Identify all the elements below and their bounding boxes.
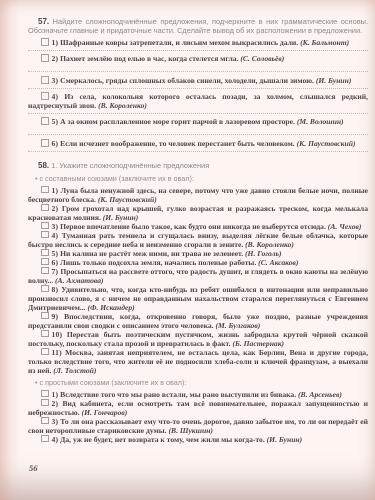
subsection-simple-conjunctions-label: • с простыми союзами (заключите их в ова… <box>35 378 368 387</box>
exercise-item: 3) Смеркалось, гряды сплошных облаков си… <box>28 76 368 85</box>
item-text: Первое впечатление было такое, как будто… <box>60 222 326 231</box>
checkbox[interactable] <box>41 267 49 275</box>
bullet-icon: • <box>35 378 38 387</box>
item-number: 1) <box>52 186 59 195</box>
subsection-compound-conjunctions-label: • с составными союзами (заключите их в о… <box>35 174 368 183</box>
item-author: (В. Короленко) <box>98 101 147 110</box>
exercise-item: 2) Гром грохотал над крышей, гулко возра… <box>28 204 368 222</box>
checkbox[interactable] <box>41 204 49 212</box>
item-author: (Н. Гоголь) <box>245 249 282 258</box>
item-author: (С. Аксаков) <box>258 258 298 267</box>
exercise-item: 8) Удивительно, что, когда кто-нибудь из… <box>28 285 368 312</box>
answer-line[interactable] <box>28 85 368 89</box>
checkbox[interactable] <box>41 117 49 125</box>
item-text: Вид кабинета, если осмотреть там всё пов… <box>28 399 368 417</box>
subsection-label-text: с простыми союзами (заключите их в овал)… <box>40 378 187 387</box>
item-author: (Л. Толстой) <box>53 366 96 375</box>
exercise-item: 2) Вид кабинета, если осмотреть там всё … <box>28 399 368 417</box>
item-text: Смеркалось, гряды сплошных облаков синел… <box>60 76 314 85</box>
item-author: (М. Булгаков) <box>215 321 260 330</box>
checkbox[interactable] <box>41 92 49 100</box>
page-content: 57. Найдите сложноподчинённые предложени… <box>0 0 375 500</box>
checkbox[interactable] <box>41 285 49 293</box>
item-text: Лишь только подсохла земля, начались пол… <box>60 258 256 267</box>
item-author: (К. Паустовский) <box>98 195 157 204</box>
answer-line[interactable] <box>28 126 368 135</box>
page-number: 56 <box>29 463 38 473</box>
item-author: (А. Чехов) <box>328 222 362 231</box>
item-number: 6) <box>52 139 59 148</box>
exercise-item: 5) А за окном расплавленное море горит п… <box>28 117 368 126</box>
item-author: (А. Ахматова) <box>55 276 104 285</box>
item-number: 3) <box>52 222 59 231</box>
item-number: 5) <box>52 249 59 258</box>
item-number: 3) <box>52 76 59 85</box>
item-author: (М. Волошин) <box>297 117 344 126</box>
item-text: Перестав быть поэтическим пустячком, жиз… <box>28 330 368 348</box>
exercise-item: 10) Перестав быть поэтическим пустячком,… <box>28 330 368 348</box>
item-text: Туманная рать темнела и сгущалась внизу,… <box>28 231 368 249</box>
subsection-label-text: с составными союзами (заключите их в ова… <box>40 174 194 183</box>
checkbox[interactable] <box>41 417 49 425</box>
item-number: 9) <box>52 312 59 321</box>
exercise-58-instruction: 1. Укажите сложноподчинённые предложения <box>51 161 209 170</box>
exercise-item: 4) Да, уж не будет, нет возврата к тому,… <box>28 435 368 444</box>
item-number: 2) <box>52 399 59 408</box>
checkbox[interactable] <box>41 249 49 257</box>
item-author: (И. Бунин) <box>316 76 352 85</box>
exercise-57-instruction: Найдите сложноподчинённые предложения, п… <box>28 17 368 35</box>
checkbox[interactable] <box>41 312 49 320</box>
exercise-item: 4) Из села, колокольня которого осталась… <box>28 92 368 110</box>
checkbox[interactable] <box>41 139 49 147</box>
exercise-item: 3) Первое впечатление было такое, как бу… <box>28 222 368 231</box>
item-text: Из села, колокольня которого осталась по… <box>28 92 368 110</box>
exercise-58-number: 58. <box>38 161 49 170</box>
workbook-page: 57. Найдите сложноподчинённые предложени… <box>0 0 375 500</box>
exercise-item: 11) Москва, занятая неприятелем, не оста… <box>28 348 368 375</box>
checkbox[interactable] <box>41 258 49 266</box>
item-text: Если исчезнет воображение, то человек пе… <box>60 139 295 148</box>
item-number: 1) <box>52 38 59 47</box>
item-number: 7) <box>52 267 59 276</box>
item-author: (В. Арсеньев) <box>298 390 342 399</box>
item-number: 4) <box>52 231 59 240</box>
item-author: (Б. Пастернак) <box>233 339 285 348</box>
item-author: (К. Бальмонт) <box>300 38 349 47</box>
item-text: Шафранные ковры затрепетали, и лисьим ме… <box>60 38 298 47</box>
checkbox[interactable] <box>41 54 49 62</box>
exercise-item: 9) Впоследствии, когда, откровенно говор… <box>28 312 368 330</box>
item-number: 4) <box>52 92 59 101</box>
answer-line[interactable] <box>28 110 368 114</box>
checkbox[interactable] <box>41 76 49 84</box>
item-text: Впоследствии, когда, откровенно говоря, … <box>28 312 368 330</box>
item-author: (С. Соловьёв) <box>240 54 284 63</box>
exercise-item: 1) Луна была ненужной здесь, на севере, … <box>28 186 368 204</box>
item-text: Вследствие того что мы рано встали, мы р… <box>60 390 296 399</box>
checkbox[interactable] <box>41 186 49 194</box>
exercise-57-number: 57. <box>38 17 49 26</box>
item-author: (Ф. Искандер) <box>87 303 134 312</box>
item-text: Гром грохотал над крышей, гулко возраста… <box>28 204 368 222</box>
item-author: (В. Шукшин) <box>169 426 213 435</box>
exercise-item: 3) То ли она рассказывает ему что-то оче… <box>28 417 368 435</box>
exercise-item: 7) Просыпаться на рассвете оттого, что р… <box>28 267 368 285</box>
answer-line[interactable] <box>28 47 368 51</box>
exercise-item: 1) Шафранные ковры затрепетали, и лисьим… <box>28 38 368 47</box>
exercise-item: 6) Если исчезнет воображение, то человек… <box>28 139 368 148</box>
checkbox[interactable] <box>41 390 49 398</box>
exercise-57: 57. Найдите сложноподчинённые предложени… <box>28 17 368 152</box>
item-author: (К. Паустовский) <box>297 139 356 148</box>
item-number: 4) <box>52 435 59 444</box>
exercise-57-header: 57. Найдите сложноподчинённые предложени… <box>28 17 368 35</box>
item-text: А за окном расплавленное море горит парч… <box>60 117 295 126</box>
item-author: (И. Бунин) <box>103 213 139 222</box>
item-author: (И. Гончаров) <box>82 408 128 417</box>
checkbox[interactable] <box>41 348 49 356</box>
item-number: 6) <box>52 258 59 267</box>
exercise-item: 5) Ни калина не растёт меж ними, ни трав… <box>28 249 368 258</box>
item-number: 3) <box>52 417 59 426</box>
item-text: Ни калина не растёт меж ними, ни трава н… <box>60 249 243 258</box>
exercise-item: 1) Вследствие того что мы рано встали, м… <box>28 390 368 399</box>
item-text: Удивительно, что, когда кто-нибудь из ре… <box>28 285 368 312</box>
exercise-58-header: 58. 1. Укажите сложноподчинённые предлож… <box>28 161 368 170</box>
item-number: 10) <box>52 330 63 339</box>
checkbox[interactable] <box>41 435 49 443</box>
exercise-item: 2) Пахнет землёю под елью в час, когда с… <box>28 54 368 63</box>
item-number: 2) <box>52 204 59 213</box>
item-number: 8) <box>52 285 59 294</box>
exercise-item: 6) Лишь только подсохла земля, начались … <box>28 258 368 267</box>
item-author: (В. Короленко) <box>245 240 294 249</box>
answer-line[interactable] <box>28 63 368 72</box>
bullet-icon: • <box>35 174 38 183</box>
checkbox[interactable] <box>41 38 49 46</box>
item-number: 11) <box>52 348 62 357</box>
checkbox[interactable] <box>41 330 49 338</box>
item-text: Да, уж не будет, нет возврата к тому, че… <box>60 435 265 444</box>
answer-line[interactable] <box>28 148 368 152</box>
exercise-58: 58. 1. Укажите сложноподчинённые предлож… <box>28 161 368 443</box>
exercise-item: 4) Туманная рать темнела и сгущалась вни… <box>28 231 368 249</box>
item-text: Луна была ненужной здесь, на севере, пот… <box>28 186 368 204</box>
checkbox[interactable] <box>41 231 49 239</box>
item-number: 5) <box>52 117 59 126</box>
checkbox[interactable] <box>41 399 49 407</box>
checkbox[interactable] <box>41 222 49 230</box>
item-author: (И. Бунин) <box>267 435 303 444</box>
item-number: 1) <box>52 390 59 399</box>
item-number: 2) <box>52 54 59 63</box>
item-text: Пахнет землёю под елью в час, когда стел… <box>60 54 238 63</box>
